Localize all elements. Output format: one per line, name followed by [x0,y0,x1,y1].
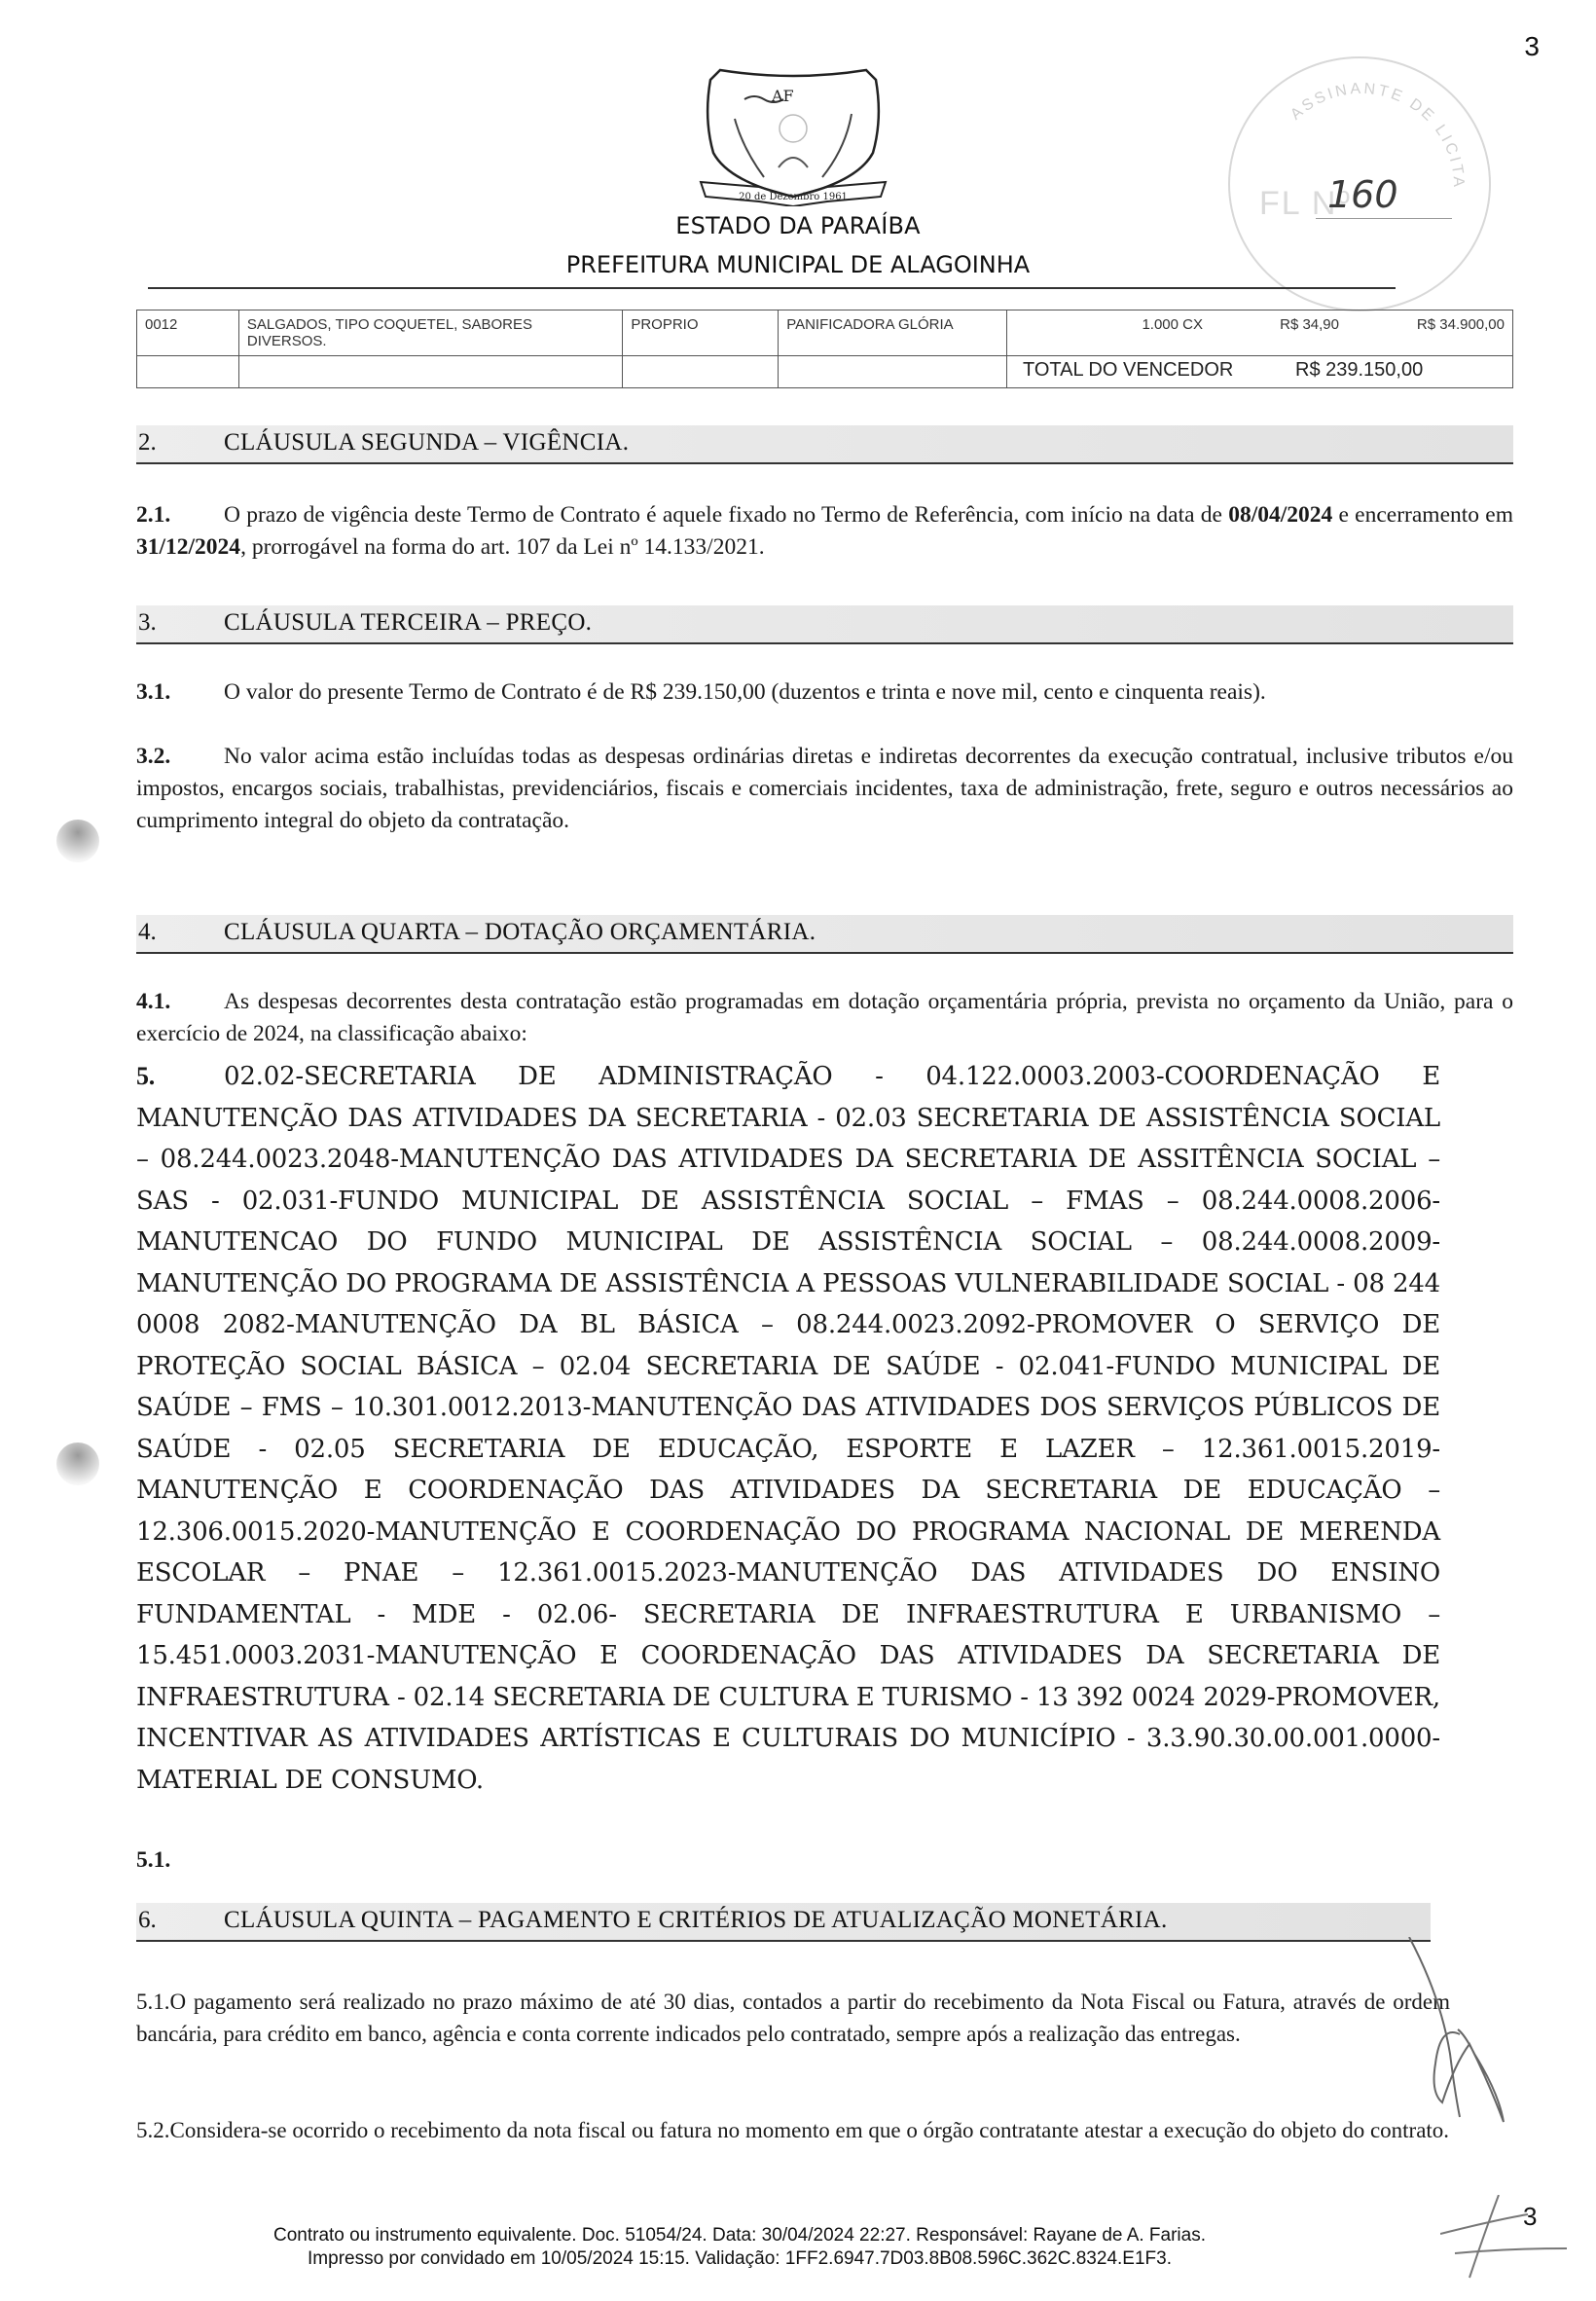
section-heading-pagamento: 6. CLÁUSULA QUINTA – PAGAMENTO E CRITÉRI… [136,1903,1431,1942]
table-total-row: TOTAL DO VENCEDOR R$ 239.150,00 [137,356,1513,388]
clause-3-1: 3.1.O valor do presente Termo de Contrat… [136,676,1513,709]
item-total-price: R$ 34.900,00 [1339,316,1505,333]
item-quantity: 1.000 CX [1033,316,1203,333]
item-description: SALGADOS, TIPO COQUETEL, SABORES DIVERSO… [238,310,622,356]
item-vendor: PANIFICADORA GLÓRIA [779,310,1007,356]
section-heading-vigencia: 2. CLÁUSULA SEGUNDA – VIGÊNCIA. [136,425,1513,464]
end-date: 31/12/2024 [136,534,240,560]
item-unit-price: R$ 34,90 [1203,316,1339,333]
section-heading-dotacao: 4. CLÁUSULA QUARTA – DOTAÇÃO ORÇAMENTÁRI… [136,915,1513,954]
clause-2-1: 2.1.O prazo de vigência deste Termo de C… [136,499,1513,564]
total-value: R$ 239.150,00 [1295,359,1423,382]
footer-document-line: Contrato ou instrumento equivalente. Doc… [0,2224,1596,2247]
svg-text:ASSINANTE DE LICITAÇÃO: ASSINANTE DE LICITAÇÃO [1230,58,1467,190]
header-divider [148,287,1396,289]
clause-5-2: 5.2.Considera-se ocorrido o recebimento … [136,2114,1455,2146]
state-name: ESTADO DA PARAÍBA [0,212,1596,239]
stamp-number: 160 [1327,173,1398,216]
punch-hole [56,820,99,862]
item-brand: PROPRIO [623,310,779,356]
clause-5-1: 5.1.O pagamento será realizado no prazo … [136,1986,1450,2050]
items-table: 0012 SALGADOS, TIPO COQUETEL, SABORES DI… [136,310,1513,388]
coat-of-arms-icon: AF 20 de Dezembro 1961 [667,60,920,206]
svg-text:20 de Dezembro 1961: 20 de Dezembro 1961 [739,192,848,202]
budget-classification: 5.02.02-SECRETARIA DE ADMINISTRAÇÃO - 04… [136,1056,1440,1801]
start-date: 08/04/2024 [1228,502,1332,528]
total-label: TOTAL DO VENCEDOR [1023,359,1295,382]
item-code: 0012 [137,310,239,356]
clause-5-1-empty: 5.1. [136,1847,170,1874]
signature-icon [1401,1937,1538,2132]
svg-text:AF: AF [771,87,794,105]
table-row: 0012 SALGADOS, TIPO COQUETEL, SABORES DI… [137,310,1513,356]
city-hall-name: PREFEITURA MUNICIPAL DE ALAGOINHA [0,251,1596,278]
clause-3-2: 3.2.No valor acima estão incluídas todas… [136,741,1513,837]
clause-4-1: 4.1.As despesas decorrentes desta contra… [136,986,1513,1050]
punch-hole [56,1443,99,1485]
page-number: 3 [1524,31,1540,62]
footer-validation-line: Impresso por convidado em 10/05/2024 15:… [0,2247,1596,2271]
section-heading-preco: 3. CLÁUSULA TERCEIRA – PREÇO. [136,605,1513,644]
item-pricing: 1.000 CX R$ 34,90 R$ 34.900,00 [1007,310,1513,356]
validation-footer: Contrato ou instrumento equivalente. Doc… [0,2224,1596,2271]
